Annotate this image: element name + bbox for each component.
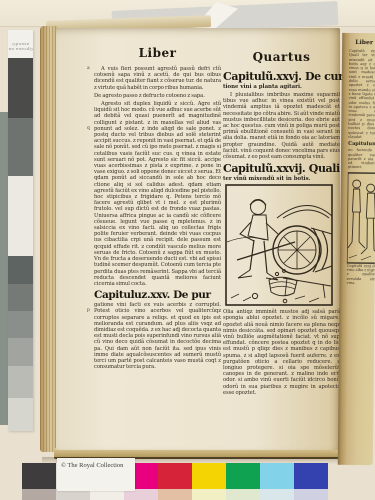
book-page-block-edge: [40, 26, 57, 452]
gray-step: [8, 311, 33, 338]
margin-mark: a: [87, 66, 90, 71]
copyright-label: © The Royal Collection: [57, 458, 135, 491]
paragraph: Capitulũ xxvij Quali ter vinũ mixendũ si…: [348, 49, 375, 140]
next-page-edge: Liber Capitulũ xxvij Quali ter vinũ mixe…: [338, 33, 375, 465]
gray-step: [8, 398, 33, 431]
paragraph: De agresto passo z defructo cotoeno z sa…: [94, 93, 221, 99]
running-header-liber-edge: Liber: [349, 39, 375, 46]
color-swatch: [260, 463, 294, 489]
color-swatch: [22, 463, 56, 489]
text-column-right: Quartus Capitulũ.xxvj. De cura tione vin…: [223, 50, 340, 398]
gray-step: [8, 58, 33, 118]
gray-step: [8, 176, 33, 256]
color-swatch: [22, 489, 56, 500]
woodcut-figures-partial: [347, 172, 375, 264]
woodcut-svg: [225, 184, 333, 306]
color-swatch: [226, 463, 260, 489]
chapter-heading-xxvj: Capitulũ.xxvj. De cura: [223, 70, 340, 83]
gray-scale-card: Qpcaua un asuodO: [8, 30, 33, 431]
color-swatch: [226, 489, 260, 500]
paragraph: I pluuialibus imbribus maxime supacmil t…: [223, 92, 340, 160]
color-swatch: [158, 489, 192, 500]
color-swatch: [192, 489, 226, 500]
text-column-left: a q p Liber A vuis fieri possunt agrestũ…: [94, 46, 221, 372]
gray-step: [8, 118, 33, 176]
chapter-heading-xxv: Capituluz.xxv. De pur: [94, 289, 221, 301]
chapter-subheading: ter vinũ mixendũ sit in botis.: [223, 176, 340, 182]
chapter-heading-xxx: Capitulum.xxx. De vi: [348, 141, 375, 147]
paragraph: Capitulũ xxxj de vino albo z nigro z qua…: [347, 264, 375, 286]
paragraph: Agresto sit duplex liquidũ z siccũ. Agre…: [94, 101, 221, 287]
color-swatch: [260, 489, 294, 500]
color-swatch: [294, 489, 328, 500]
running-header-liber: Liber: [94, 46, 221, 60]
paragraph: A vuis fieri possunt agrestũ passũ defri…: [94, 66, 221, 91]
color-swatch: [192, 463, 226, 489]
paragraph: Olia antiqz imminẽt mustos adj salsã par…: [223, 309, 340, 396]
gray-card-label: Qpcaua un asuodO: [8, 30, 33, 58]
gray-step: [8, 284, 33, 311]
next-page-content: Liber Capitulũ xxvij Quali ter vinũ mixe…: [347, 39, 375, 288]
chapter-heading-xxvij: Capitulũ.xxvij. Quali: [223, 162, 340, 175]
paragraph: no faciendo z qualiter vasa pararẽt z oi…: [348, 148, 375, 170]
gray-step: [8, 338, 33, 366]
color-swatch: [294, 463, 328, 489]
chapter-subheading: tione vini a planta agitari.: [223, 84, 340, 90]
running-header-quartus: Quartus: [223, 50, 340, 64]
paragraph: gatione vini facti ex vuis acerbis z cor…: [94, 302, 221, 370]
woodcut-wine-barrel-illustration: [225, 184, 340, 306]
gray-step: [8, 366, 33, 398]
margin-mark: q: [87, 126, 90, 131]
color-swatch: [158, 463, 192, 489]
margin-mark: p: [87, 308, 90, 313]
archival-photo: Qpcaua un asuodO a q p Liber A vuis fier…: [0, 0, 375, 500]
book-page: a q p Liber A vuis fieri possunt agrestũ…: [56, 28, 340, 450]
gray-step: [8, 256, 33, 284]
